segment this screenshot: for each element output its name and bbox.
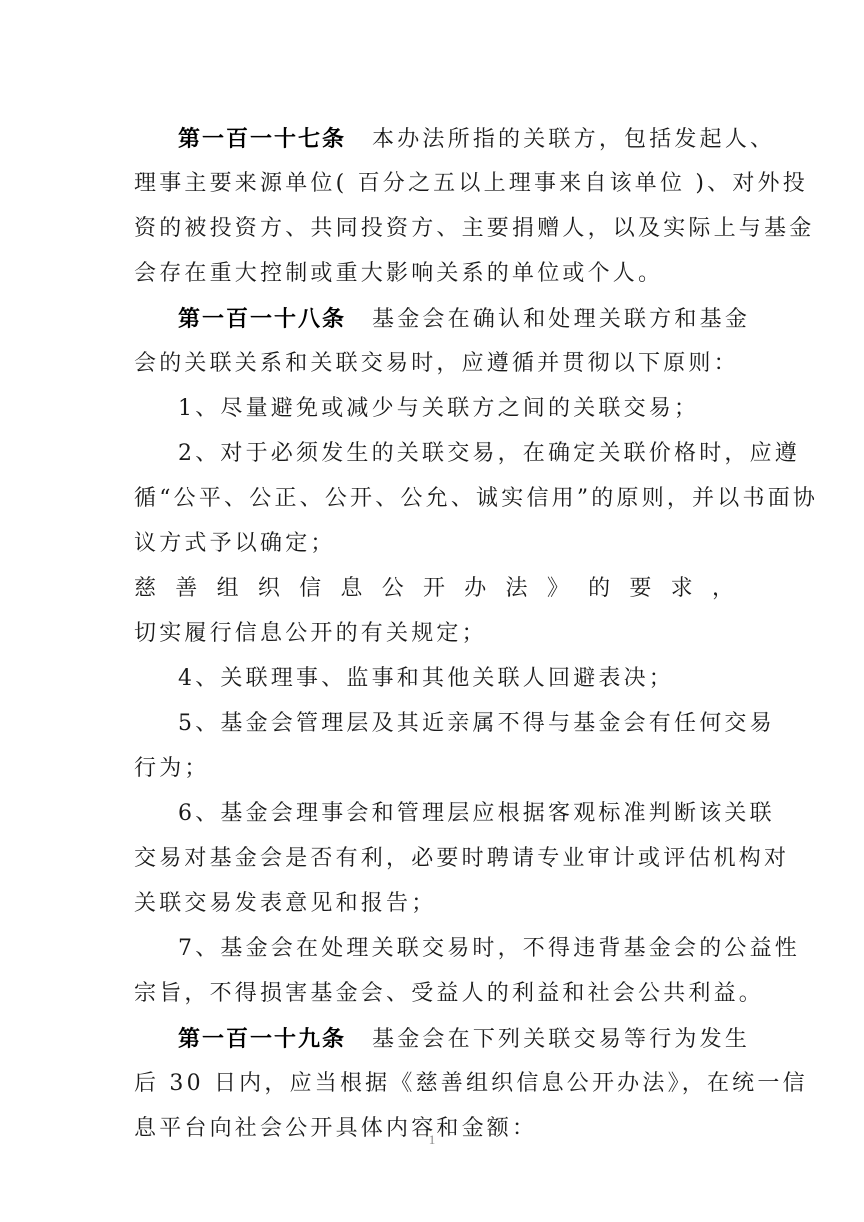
principle-7-line: 宗旨，不得损害基金会、受益人的利益和社会公共利益。 <box>134 974 764 1014</box>
article-117-line: 资的被投资方、共同投资方、主要捐赠人，以及实际上与基金 <box>134 209 814 249</box>
principle-5-line: 行为； <box>134 749 210 789</box>
char: ， <box>712 569 734 609</box>
article-118-text: 基金会在确认和处理关联方和基金 <box>372 307 750 332</box>
article-119-text: 基金会在下列关联交易等行为发生 <box>372 1027 750 1052</box>
char: 组 <box>217 569 239 609</box>
principle-5: 5、基金会管理层及其近亲属不得与基金会有任何交易 <box>178 704 775 744</box>
principle-2-line: 循“公平、公正、公开、公允、诚实信用”的原则，并以书面协 <box>134 479 818 519</box>
principle-3-spaced-line: 慈 善 组 织 信 息 公 开 办 法 》 的 要 求 ， <box>134 569 734 609</box>
article-118-first-line: 第一百一十八条基金会在确认和处理关联方和基金 <box>178 299 750 339</box>
char: 公 <box>382 569 404 609</box>
page-number: 1 <box>0 1132 864 1148</box>
char: 法 <box>506 569 528 609</box>
principle-2-line: 议方式予以确定； <box>134 524 336 564</box>
char: 的 <box>588 569 610 609</box>
char: 织 <box>258 569 280 609</box>
principle-6: 6、基金会理事会和管理层应根据客观标准判断该关联 <box>178 794 775 834</box>
char: 信 <box>299 569 321 609</box>
article-117-text: 本办法所指的关联方，包括发起人、 <box>372 127 775 152</box>
article-119-line: 后 30 日内，应当根据《慈善组织信息公开办法》，在统一信 <box>134 1064 808 1104</box>
article-117-heading: 第一百一十七条 <box>178 126 346 152</box>
article-119-first-line: 第一百一十九条基金会在下列关联交易等行为发生 <box>178 1019 750 1059</box>
char: 求 <box>671 569 693 609</box>
principle-7: 7、基金会在处理关联交易时，不得违背基金会的公益性 <box>178 929 800 969</box>
principle-4: 4、关联理事、监事和其他关联人回避表决； <box>178 659 674 699</box>
article-117-first-line: 第一百一十七条本办法所指的关联方，包括发起人、 <box>178 119 775 159</box>
article-118-line: 会的关联关系和关联交易时，应遵循并贯彻以下原则： <box>134 344 739 384</box>
article-119-heading: 第一百一十九条 <box>178 1026 346 1052</box>
article-117-line: 理事主要来源单位( 百分之五以上理事来自该单位 )、对外投 <box>134 164 808 204</box>
char: 要 <box>629 569 651 609</box>
principle-2: 2、对于必须发生的关联交易，在确定关联价格时，应遵 <box>178 434 800 474</box>
char: 息 <box>340 569 362 609</box>
article-118-heading: 第一百一十八条 <box>178 306 346 332</box>
char: 善 <box>175 569 197 609</box>
article-117-line: 会存在重大控制或重大影响关系的单位或个人。 <box>134 254 663 294</box>
principle-1: 1、尽量避免或减少与关联方之间的关联交易； <box>178 389 699 429</box>
char: 办 <box>464 569 486 609</box>
principle-6-line: 关联交易发表意见和报告； <box>134 884 436 924</box>
char: 慈 <box>134 569 156 609</box>
principle-6-line: 交易对基金会是否有利，必要时聘请专业审计或评估机构对 <box>134 839 789 879</box>
principle-3-line: 切实履行信息公开的有关规定； <box>134 614 487 654</box>
char: 开 <box>423 569 445 609</box>
char: 》 <box>547 569 569 609</box>
